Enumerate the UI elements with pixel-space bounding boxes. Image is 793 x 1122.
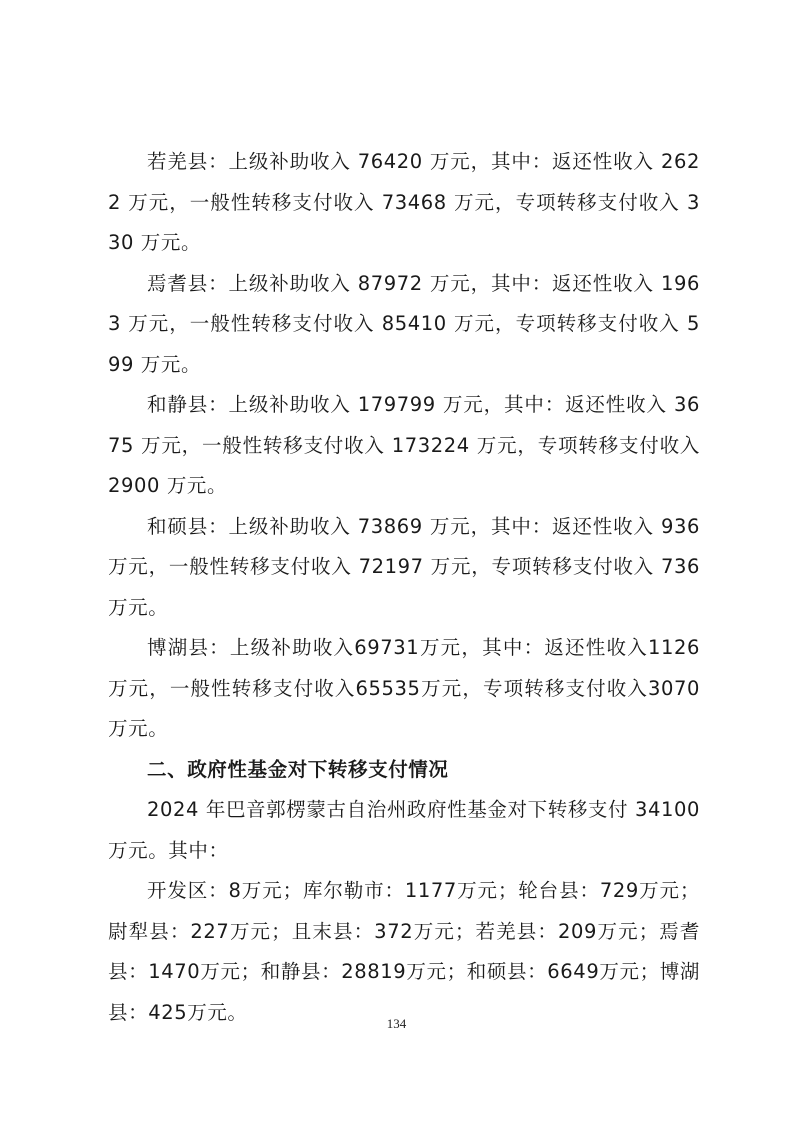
paragraph-heshuo: 和硕县：上级补助收入 73869 万元，其中：返还性收入 936 万元，一般性转…: [108, 507, 700, 629]
paragraph-fund-breakdown: 开发区：8万元；库尔勒市：1177万元；轮台县：729万元；尉犁县：227万元；…: [108, 871, 700, 1033]
paragraph-yanqi: 焉耆县：上级补助收入 87972 万元，其中：返还性收入 1963 万元，一般性…: [108, 264, 700, 386]
document-page: 若羌县：上级补助收入 76420 万元，其中：返还性收入 2622 万元，一般性…: [108, 142, 700, 1033]
paragraph-bohu: 博湖县：上级补助收入69731万元，其中：返还性收入1126万元，一般性转移支付…: [108, 628, 700, 750]
paragraph-ruoqiang: 若羌县：上级补助收入 76420 万元，其中：返还性收入 2622 万元，一般性…: [108, 142, 700, 264]
paragraph-hejing: 和静县：上级补助收入 179799 万元，其中：返还性收入 3675 万元，一般…: [108, 385, 700, 507]
page-number: 134: [0, 1016, 793, 1032]
section-heading: 二、政府性基金对下转移支付情况: [108, 750, 700, 791]
paragraph-fund-intro: 2024 年巴音郭楞蒙古自治州政府性基金对下转移支付 34100 万元。其中：: [108, 790, 700, 871]
